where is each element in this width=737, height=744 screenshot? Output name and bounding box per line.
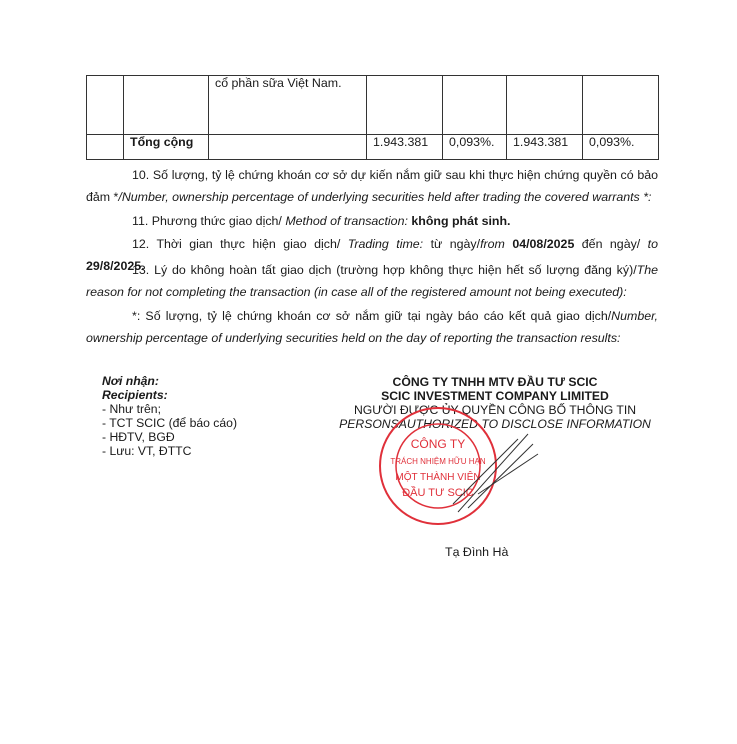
svg-text:CÔNG TY: CÔNG TY xyxy=(411,436,465,451)
svg-text:TRÁCH NHIỆM HỮU HẠN: TRÁCH NHIỆM HỮU HẠN xyxy=(390,457,486,466)
qty-before: 1.943.381 xyxy=(367,135,443,160)
footnote: *: Số lượng, tỷ lệ chứng khoán cơ sở nắm… xyxy=(86,305,658,349)
svg-text:ĐẦU TƯ SCIC: ĐẦU TƯ SCIC xyxy=(402,486,474,499)
recipient-item: - TCT SCIC (để báo cáo) xyxy=(102,416,237,430)
item-10: 10. Số lượng, tỷ lệ chứng khoán cơ sở dự… xyxy=(86,164,658,208)
item-11: 11. Phương thức giao dịch/ Method of tra… xyxy=(86,210,658,232)
qty-after: 1.943.381 xyxy=(507,135,583,160)
svg-text:MỘT THÀNH VIÊN: MỘT THÀNH VIÊN xyxy=(395,470,480,483)
pct-after: 0,093%. xyxy=(583,135,659,160)
table-row: cổ phần sữa Việt Nam. xyxy=(87,76,659,135)
holdings-table: cổ phần sữa Việt Nam. Tổng cộng 1.943.38… xyxy=(86,75,659,160)
signer-name: Tạ Đình Hà xyxy=(445,545,508,559)
total-label: Tổng cộng xyxy=(124,135,209,160)
total-row: Tổng cộng 1.943.381 0,093%. 1.943.381 0,… xyxy=(87,135,659,160)
company-name-cell: cổ phần sữa Việt Nam. xyxy=(209,76,367,135)
recipient-item: - Như trên; xyxy=(102,402,237,416)
company-stamp-icon: CÔNG TY TRÁCH NHIỆM HỮU HẠN MỘT THÀNH VI… xyxy=(358,404,548,539)
pct-before: 0,093%. xyxy=(443,135,507,160)
recipient-item: - Lưu: VT, ĐTTC xyxy=(102,444,237,458)
item-13: 13. Lý do không hoàn tất giao dịch (trườ… xyxy=(86,259,658,303)
recipients: Nơi nhận: Recipients: - Như trên; - TCT … xyxy=(102,374,237,458)
recipient-item: - HĐTV, BGĐ xyxy=(102,430,237,444)
